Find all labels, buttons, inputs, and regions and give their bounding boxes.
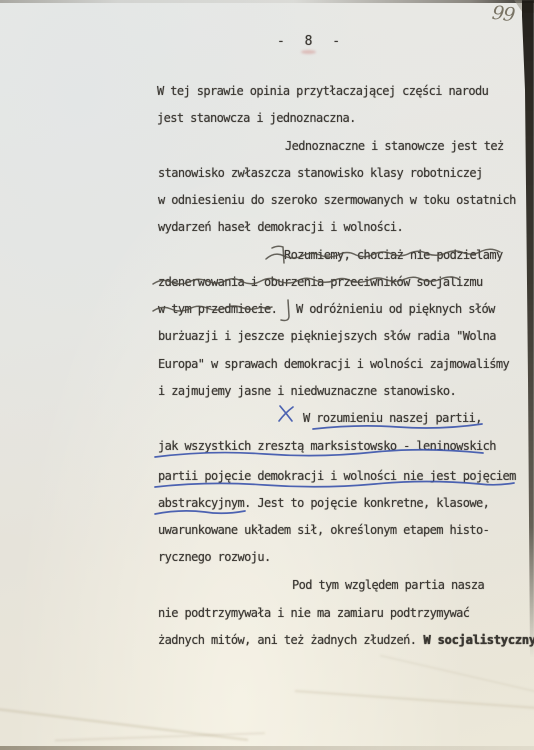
- typewriter-line: zdenerwowania i oburzenia przeciwników s…: [158, 275, 483, 290]
- typewriter-line: partii pojęcie demokracji i wolności nie…: [158, 469, 516, 484]
- typewriter-line: w odniesieniu do szeroko szermowanych w …: [158, 193, 516, 208]
- typewriter-line: jak wszystkich zresztą marksistowsko - l…: [158, 439, 496, 454]
- typewriter-line: Jednoznaczne i stanowcze jest też: [285, 139, 504, 154]
- typewriter-line: rycznego rozwoju.: [158, 550, 271, 565]
- typewriter-line: Europa" w sprawach demokracji i wolności…: [158, 357, 509, 372]
- typewriter-line: Pod tym względem partia nasza: [292, 578, 484, 593]
- typewriter-line: i zajmujemy jasne i niedwuznaczne stanow…: [158, 384, 456, 399]
- typewriter-line: nie podtrzymywała i nie ma zamiaru podtr…: [158, 606, 469, 621]
- typewriter-line: żadnych mitów, ani też żadnych złudzeń. …: [158, 633, 534, 648]
- typewriter-line: burżuazji i jeszcze piękniejszych słów r…: [158, 329, 496, 344]
- typewriter-line: W tej sprawie opinia przytłaczającej czę…: [157, 84, 488, 99]
- typewriter-line: wydarzeń haseł demokracji i wolności.: [158, 220, 403, 235]
- typewriter-line: W odróżnieniu od pięknych słów: [296, 302, 495, 317]
- typewriter-line: Rozumiemy, chociaż nie podzielamy: [284, 248, 503, 263]
- paper-sheet: 99 - 8 - W tej sprawie opinia przytłacza…: [0, 0, 534, 750]
- typewriter-line: abstrakcyjnym. Jest to pojęcie konkretne…: [158, 496, 489, 511]
- typewriter-line: stanowisko zwłaszcza stanowisko klasy ro…: [158, 166, 483, 181]
- scanned-document-page: { "page": { "handwritten_corner_number":…: [0, 0, 534, 750]
- typewriter-line: w tym przedmiocie.: [158, 302, 277, 317]
- typewriter-line: uwarunkowane układem sił, określonym eta…: [158, 523, 489, 538]
- typewriter-text-layer: W tej sprawie opinia przytłaczającej czę…: [0, 0, 534, 750]
- bold-typed-text: W socjalistycznym: [416, 633, 534, 647]
- typewriter-line: jest stanowcza i jednoznaczna.: [157, 111, 356, 126]
- typewriter-line: W rozumieniu naszej partii,: [303, 411, 482, 426]
